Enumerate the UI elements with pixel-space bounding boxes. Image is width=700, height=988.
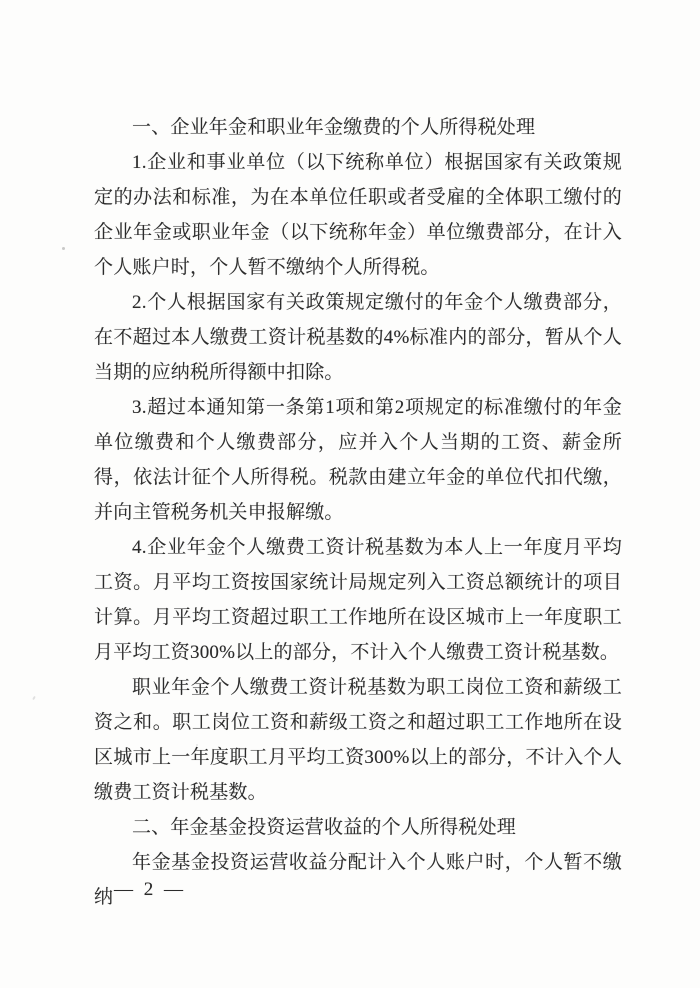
page-number: — 2 — [114,872,186,907]
section-heading-investment-income: 二、年金基金投资运营收益的个人所得税处理 [94,810,622,845]
scanned-document-page: 一、企业年金和职业年金缴费的个人所得税处理 1.企业和事业单位（以下统称单位）根… [0,0,700,988]
scan-speck [62,247,65,250]
scan-speck [32,696,36,700]
document-body: 一、企业年金和职业年金缴费的个人所得税处理 1.企业和事业单位（以下统称单位）根… [94,110,622,915]
paragraph-item-2-personal-contribution: 2.个人根据国家有关政策规定缴付的年金个人缴费部分，在不超过本人缴费工资计税基数… [94,285,622,390]
section-heading-annuity-contributions: 一、企业年金和职业年金缴费的个人所得税处理 [94,110,622,145]
paragraph-occupational-tax-base: 职业年金个人缴费工资计税基数为职工岗位工资和薪级工资之和。职工岗位工资和薪级工资… [94,670,622,810]
scan-speck [196,744,198,746]
paragraph-item-3-excess-contribution: 3.超过本通知第一条第1项和第2项规定的标准缴付的年金单位缴费和个人缴费部分，应… [94,390,622,530]
paragraph-item-4-enterprise-tax-base: 4.企业年金个人缴费工资计税基数为本人上一年度月平均工资。月平均工资按国家统计局… [94,530,622,670]
paragraph-item-1-unit-contribution: 1.企业和事业单位（以下统称单位）根据国家有关政策规定的办法和标准，为在本单位任… [94,145,622,285]
